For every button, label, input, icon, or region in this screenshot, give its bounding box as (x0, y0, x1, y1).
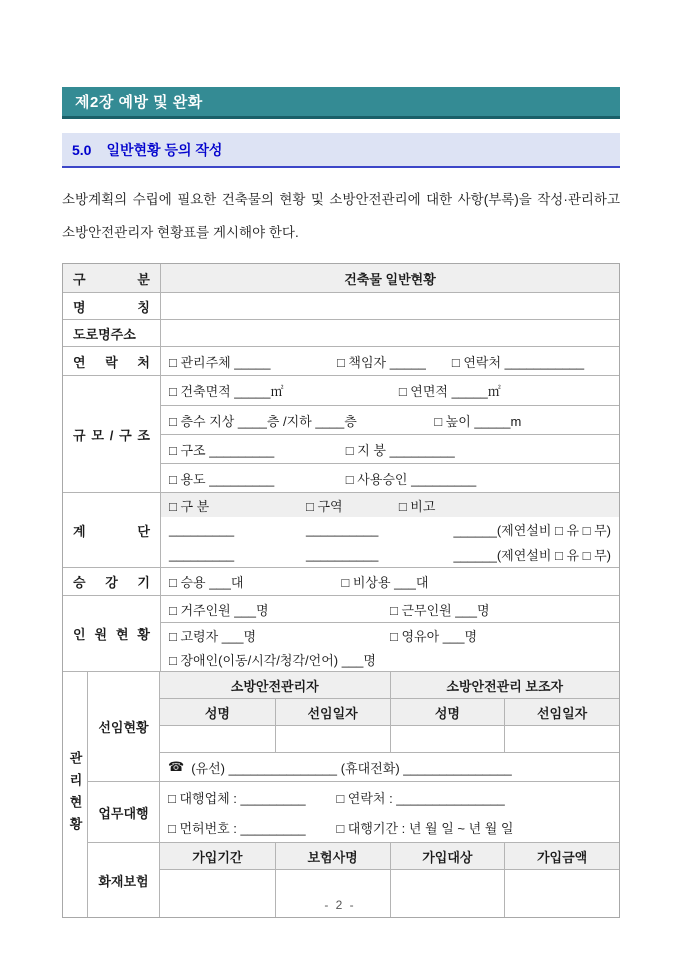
agency-label: 업무대행 (88, 782, 160, 842)
name-label-cell: 명 칭 (63, 293, 161, 319)
contact-line: □ 관리주체 _____ □ 책임자 _____ □ 연락처 _________… (161, 347, 619, 375)
stairs-blank-type: _________ (169, 547, 306, 562)
agency-license-item: □ 먼허번호 : _________ (168, 818, 336, 837)
approval-item: □ 사용승인 _________ (346, 469, 611, 488)
management-content: 선임현황 소방안전관리자 소방안전관리 보조자 성명 선임일자 성명 선임일자 (88, 672, 619, 917)
document-page: 제2장 예방 및 완화 5.0 일반현황 등의 작성 소방계획의 수립에 필요한… (0, 0, 680, 962)
agency-content: □ 대행업체 : _________ □ 연락처 : _____________… (160, 782, 619, 842)
scale-value-cell: □ 건축면적 _____㎡ □ 연면적 _____㎡ □ 층수 지상 ____층… (161, 376, 619, 492)
contact-label-cell: 연 락 처 (63, 347, 161, 375)
stairs-header-line: □ 구 분 □ 구역 □ 비고 (161, 493, 619, 517)
phone-line: ☎ (유선) _______________ (휴대전화) __________… (160, 753, 619, 781)
occupants-line-1: □ 거주인원 ___명 □ 근무인원 ___명 (161, 596, 619, 622)
elevator-row: 승 강 기 □ 승용 ___대 □ 비상용 ___대 (63, 567, 619, 595)
table-header-row: 구 분 건축물 일반현황 (63, 264, 619, 292)
occupants-value-cell: □ 거주인원 ___명 □ 근무인원 ___명 □ 고령자 ___명 □ 영유아… (161, 596, 619, 671)
scale-label: 규 모 / 구 조 (63, 425, 160, 444)
stairs-label: 계 단 (63, 521, 160, 540)
table-title: 건축물 일반현황 (344, 269, 436, 288)
contact-item-phone: □ 연락처 ___________ (452, 352, 611, 371)
scale-floors-line: □ 층수 지상 ____층 /지하 ____층 □ 높이 _____m (161, 405, 619, 434)
stairs-entry-line: _________ __________ ______(제연설비 □ 유 □ 무… (161, 517, 619, 542)
workers-item: □ 근무인원 ___명 (390, 600, 611, 619)
insurance-company-head: 보험사명 (275, 843, 390, 869)
stairs-smoke-note: ______(제연설비 □ 유 □ 무) (399, 545, 611, 564)
scale-structure-row: 규 모 / 구 조 □ 건축면적 _____㎡ □ 연면적 _____㎡ □ 층… (63, 375, 619, 492)
agency-company-item: □ 대행업체 : _________ (168, 788, 336, 807)
scale-area-line: □ 건축면적 _____㎡ □ 연면적 _____㎡ (161, 376, 619, 405)
management-label: 관리현황 (63, 672, 88, 917)
agency-section: 업무대행 □ 대행업체 : _________ □ 연락처 : ________… (88, 781, 619, 842)
elevator-label: 승 강 기 (63, 572, 160, 591)
occupants-row: 인 원 현 황 □ 거주인원 ___명 □ 근무인원 ___명 □ 고령자 __… (63, 595, 619, 671)
occupants-line-2-3: □ 고령자 ___명 □ 영유아 ___명 □ 장애인(이동/시각/청각/언어)… (161, 622, 619, 671)
building-area-item: □ 건축면적 _____㎡ (169, 381, 399, 400)
insurance-period-head: 가입기간 (160, 843, 275, 869)
roof-item: □ 지 붕 _________ (346, 440, 611, 459)
scale-label-cell: 규 모 / 구 조 (63, 376, 161, 492)
insurance-target-head: 가입대상 (390, 843, 505, 869)
landline-text: (유선) _______________ (191, 758, 337, 777)
occupants-label: 인 원 현 황 (63, 624, 160, 643)
stairs-label-cell: 계 단 (63, 493, 161, 567)
section-title: 일반현황 등의 작성 (106, 140, 222, 160)
appointment-content: 소방안전관리자 소방안전관리 보조자 성명 선임일자 성명 선임일자 (160, 672, 619, 781)
agency-contact-item: □ 연락처 : _______________ (336, 788, 611, 807)
section-heading: 5.0 일반현황 등의 작성 (62, 133, 620, 168)
appointment-section: 선임현황 소방안전관리자 소방안전관리 보조자 성명 선임일자 성명 선임일자 (88, 672, 619, 781)
contact-item-responsible: □ 책임자 _____ (337, 352, 452, 371)
general-info-table: 구 분 건축물 일반현황 명 칭 도로명주소 연 락 처 □ 관리주체 ____… (62, 263, 620, 918)
agency-line-1: □ 대행업체 : _________ □ 연락처 : _____________… (160, 782, 619, 812)
height-item: □ 높이 _____m (434, 411, 611, 430)
stairs-head-zone: □ 구역 (306, 496, 399, 515)
contact-item-manager: □ 관리주체 _____ (169, 352, 337, 371)
passenger-elevator-item: □ 승용 ___대 (169, 572, 341, 591)
stairs-head-note: □ 비고 (399, 496, 611, 515)
stairs-head-type: □ 구 분 (169, 496, 306, 515)
name-row: 명 칭 (63, 292, 619, 319)
section-number: 5.0 (72, 142, 91, 158)
scale-usage-line: □ 용도 _________ □ 사용승인 _________ (161, 463, 619, 492)
page-content: 제2장 예방 및 완화 5.0 일반현황 등의 작성 소방계획의 수립에 필요한… (62, 0, 620, 918)
elderly-item: □ 고령자 ___명 (169, 626, 390, 645)
stairs-entry-line: _________ __________ ______(제연설비 □ 유 □ 무… (161, 542, 619, 567)
mobile-item: (휴대전화) _______________ (341, 758, 611, 777)
address-row: 도로명주소 (63, 319, 619, 346)
stairs-blank-zone: __________ (306, 547, 399, 562)
stairs-smoke-note: ______(제연설비 □ 유 □ 무) (399, 520, 611, 539)
landline-item: ☎ (유선) _______________ (168, 758, 341, 777)
empty-cell (275, 726, 390, 752)
address-label-cell: 도로명주소 (63, 320, 161, 346)
stairs-row: 계 단 □ 구 분 □ 구역 □ 비고 _________ __________… (63, 492, 619, 567)
residents-item: □ 거주인원 ___명 (169, 600, 390, 619)
insurance-amount-head: 가입금액 (504, 843, 619, 869)
occupants-line-2: □ 고령자 ___명 □ 영유아 ___명 (161, 623, 619, 647)
infants-item: □ 영유아 ___명 (390, 626, 611, 645)
floors-item: □ 층수 지상 ____층 /지하 ____층 (169, 411, 434, 430)
agency-line-2: □ 먼허번호 : _________ □ 대행기간 : 년 월 일 ~ 년 월 … (160, 812, 619, 842)
header-label: 구 분 (63, 269, 160, 288)
page-number: - 2 - (0, 898, 680, 912)
management-row: 관리현황 선임현황 소방안전관리자 소방안전관리 보조자 성명 선임 (63, 671, 619, 917)
manager-date-head: 선임일자 (275, 699, 390, 725)
empty-cell (390, 726, 505, 752)
elevator-label-cell: 승 강 기 (63, 568, 161, 595)
appointment-col-heads: 성명 선임일자 성명 선임일자 (160, 699, 619, 726)
appointment-label: 선임현황 (88, 672, 160, 781)
usage-item: □ 용도 _________ (169, 469, 346, 488)
insurance-col-heads: 가입기간 보험사명 가입대상 가입금액 (160, 843, 619, 870)
elevator-line: □ 승용 ___대 □ 비상용 ___대 (161, 568, 619, 595)
stairs-value-cell: □ 구 분 □ 구역 □ 비고 _________ __________ ___… (161, 493, 619, 567)
address-value-cell (161, 320, 619, 346)
empty-cell (504, 726, 619, 752)
address-label: 도로명주소 (63, 324, 160, 343)
body-paragraph: 소방계획의 수립에 필요한 건축물의 현황 및 소방안전관리에 대한 사항(부록… (62, 183, 620, 249)
assistant-date-head: 선임일자 (504, 699, 619, 725)
empty-cell (160, 726, 275, 752)
agency-period-item: □ 대행기간 : 년 월 일 ~ 년 월 일 (336, 818, 611, 837)
assistant-group-head: 소방안전관리 보조자 (390, 672, 620, 698)
elevator-value-cell: □ 승용 ___대 □ 비상용 ___대 (161, 568, 619, 595)
name-label: 명 칭 (63, 297, 160, 316)
occupants-label-cell: 인 원 현 황 (63, 596, 161, 671)
assistant-name-head: 성명 (390, 699, 505, 725)
disabled-item: □ 장애인(이동/시각/청각/언어) ___명 (161, 647, 619, 671)
contact-value-cell: □ 관리주체 _____ □ 책임자 _____ □ 연락처 _________… (161, 347, 619, 375)
contact-row: 연 락 처 □ 관리주체 _____ □ 책임자 _____ □ 연락처 ___… (63, 346, 619, 375)
chapter-heading: 제2장 예방 및 완화 (62, 87, 620, 119)
appointment-group-heads: 소방안전관리자 소방안전관리 보조자 (160, 672, 619, 699)
contact-label: 연 락 처 (63, 352, 160, 371)
table-title-cell: 건축물 일반현황 (161, 264, 619, 292)
stairs-blank-type: _________ (169, 522, 306, 537)
manager-group-head: 소방안전관리자 (160, 672, 390, 698)
manager-name-head: 성명 (160, 699, 275, 725)
phone-icon: ☎ (168, 759, 184, 775)
scale-structure-line: □ 구조 _________ □ 지 붕 _________ (161, 434, 619, 463)
structure-item: □ 구조 _________ (169, 440, 346, 459)
appointment-empty-row (160, 726, 619, 753)
header-label-cell: 구 분 (63, 264, 161, 292)
name-value-cell (161, 293, 619, 319)
gross-area-item: □ 연면적 _____㎡ (399, 381, 611, 400)
stairs-blank-zone: __________ (306, 522, 399, 537)
emergency-elevator-item: □ 비상용 ___대 (341, 572, 611, 591)
